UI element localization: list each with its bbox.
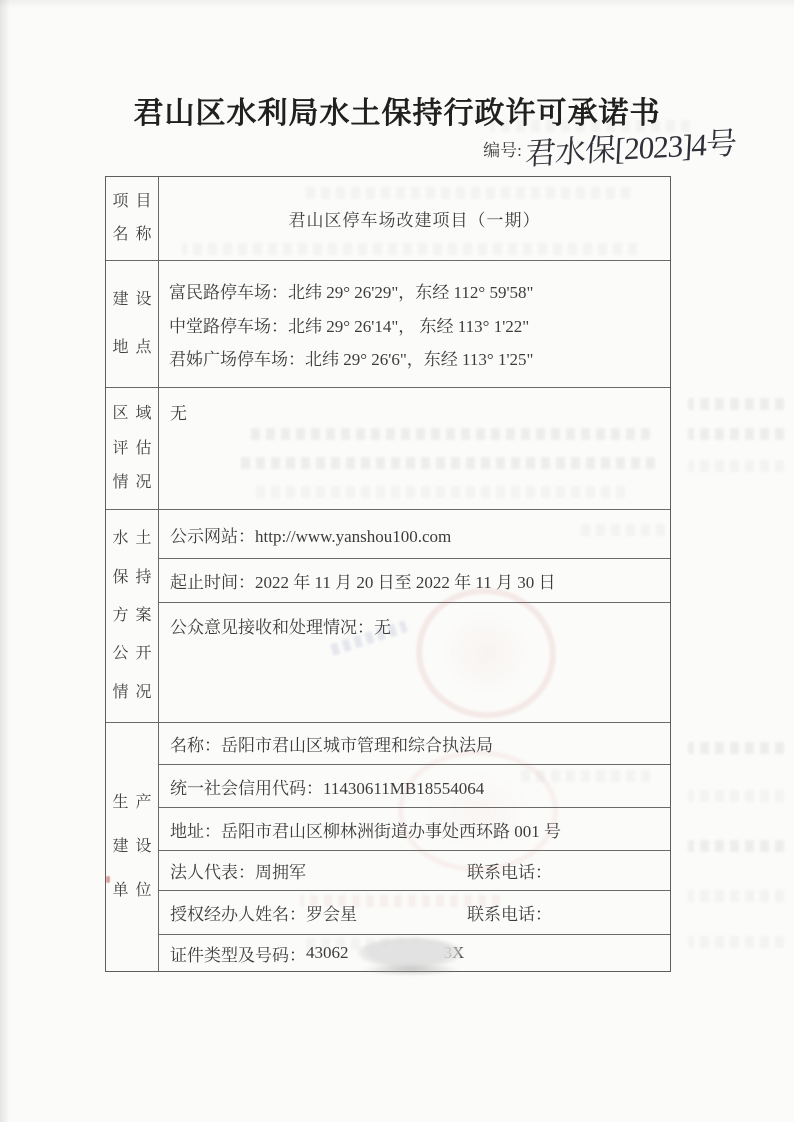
bleed-through-artifact [688, 428, 784, 440]
table-row-location: 建设 地点 富民路停车场：北纬 29° 26'29"，东经 112° 59'58… [106, 260, 670, 387]
row-label-line: 生产 [106, 794, 159, 812]
producer-id-prefix: 43062 [306, 943, 349, 963]
bleed-through-artifact [688, 840, 784, 852]
document-number-handwritten: 君水保[2023]4号 [524, 125, 737, 172]
scan-edge-shadow [0, 0, 10, 1122]
producer-agent: 授权经办人姓名：罗会星 [170, 900, 467, 925]
bleed-through-artifact [688, 398, 784, 410]
location-line: 君姊广场停车场：北纬 29° 26'6"，东经 113° 1'25" [169, 345, 664, 370]
producer-address: 地址：岳阳市君山区柳林洲街道办事处西环路 001 号 [159, 807, 670, 850]
table-row-swc-plan: 水土 保持 方案 公开 情况 公示网站：http://www.yanshou10… [106, 509, 670, 722]
document-number: 编号: 君水保[2023]4号 [483, 131, 736, 167]
swc-plan-public-comments: 公众意见接收和处理情况：无 [159, 602, 670, 722]
producer-credit-code: 统一社会信用代码：11430611MB18554064 [159, 764, 670, 807]
row-label-line: 水土 [106, 530, 159, 548]
producer-agent-phone: 联系电话： [467, 900, 552, 925]
row-label-line: 方案 [106, 607, 159, 625]
row-label-line: 单位 [106, 882, 159, 900]
row-label-project-name: 项目 名称 [106, 177, 159, 260]
row-label-location: 建设 地点 [106, 261, 159, 387]
swc-plan-period: 起止时间：2022 年 11 月 20 日至 2022 年 11 月 30 日 [159, 558, 670, 602]
scan-edge-shadow [0, 0, 794, 8]
row-label-producer: 生产 建设 单位 [106, 723, 159, 971]
bleed-through-artifact [688, 742, 784, 754]
producer-name: 名称：岳阳市君山区城市管理和综合执法局 [159, 723, 670, 764]
row-label-line: 情况 [106, 684, 159, 702]
table-row-producer: 生产 建设 单位 名称：岳阳市君山区城市管理和综合执法局 统一社会信用代码：11… [106, 722, 670, 971]
bleed-through-artifact [688, 936, 784, 948]
row-label-line: 区域 [106, 405, 159, 423]
bleed-through-artifact [688, 460, 784, 472]
producer-subrows: 名称：岳阳市君山区城市管理和综合执法局 统一社会信用代码：11430611MB1… [159, 723, 670, 971]
bleed-through-artifact [490, 120, 690, 132]
red-ink-speck [106, 876, 110, 883]
row-label-line: 评估 [106, 440, 159, 458]
producer-legal-rep-row: 法人代表：周拥军 联系电话： [159, 850, 670, 890]
document-number-label: 编号: [483, 138, 522, 164]
row-label-line: 保持 [106, 569, 159, 587]
location-values: 富民路停车场：北纬 29° 26'29"，东经 112° 59'58" 中堂路停… [159, 261, 670, 387]
bleed-through-artifact [688, 890, 784, 902]
row-label-line: 建设 [106, 291, 159, 309]
table-row-project-name: 项目 名称 君山区停车场改建项目（一期） [106, 177, 670, 260]
project-name-value: 君山区停车场改建项目（一期） [159, 177, 670, 260]
producer-agent-row: 授权经办人姓名：罗会星 联系电话： [159, 890, 670, 934]
producer-legal-rep: 法人代表：周拥军 [170, 858, 467, 883]
swc-plan-website: 公示网站：http://www.yanshou100.com [159, 510, 670, 558]
document-page: 君山区水利局水土保持行政许可承诺书 编号: 君水保[2023]4号 项目 名称 … [0, 0, 794, 1122]
location-line: 中堂路停车场：北纬 29° 26'14"， 东经 113° 1'22" [169, 312, 664, 337]
row-label-line: 地点 [106, 339, 159, 357]
table-row-regional-assessment: 区域 评估 情况 无 [106, 387, 670, 509]
swc-plan-subrows: 公示网站：http://www.yanshou100.com 起止时间：2022… [159, 510, 670, 722]
row-label-swc-plan: 水土 保持 方案 公开 情况 [106, 510, 159, 722]
row-label-line: 公开 [106, 645, 159, 663]
row-label-line: 情况 [106, 474, 159, 492]
id-number-redaction-shadow [364, 964, 458, 975]
row-label-regional-assessment: 区域 评估 情况 [106, 388, 159, 509]
info-table: 项目 名称 君山区停车场改建项目（一期） 建设 地点 富民路停车场：北纬 29°… [105, 176, 671, 972]
bleed-through-artifact [688, 790, 784, 802]
location-line: 富民路停车场：北纬 29° 26'29"，东经 112° 59'58" [169, 278, 664, 303]
producer-legal-rep-phone: 联系电话： [467, 858, 552, 883]
row-label-line: 项目 [106, 193, 159, 211]
row-label-line: 名称 [106, 226, 159, 244]
producer-id-label: 证件类型及号码： [170, 941, 306, 966]
regional-assessment-value: 无 [159, 388, 670, 509]
row-label-line: 建设 [106, 838, 159, 856]
